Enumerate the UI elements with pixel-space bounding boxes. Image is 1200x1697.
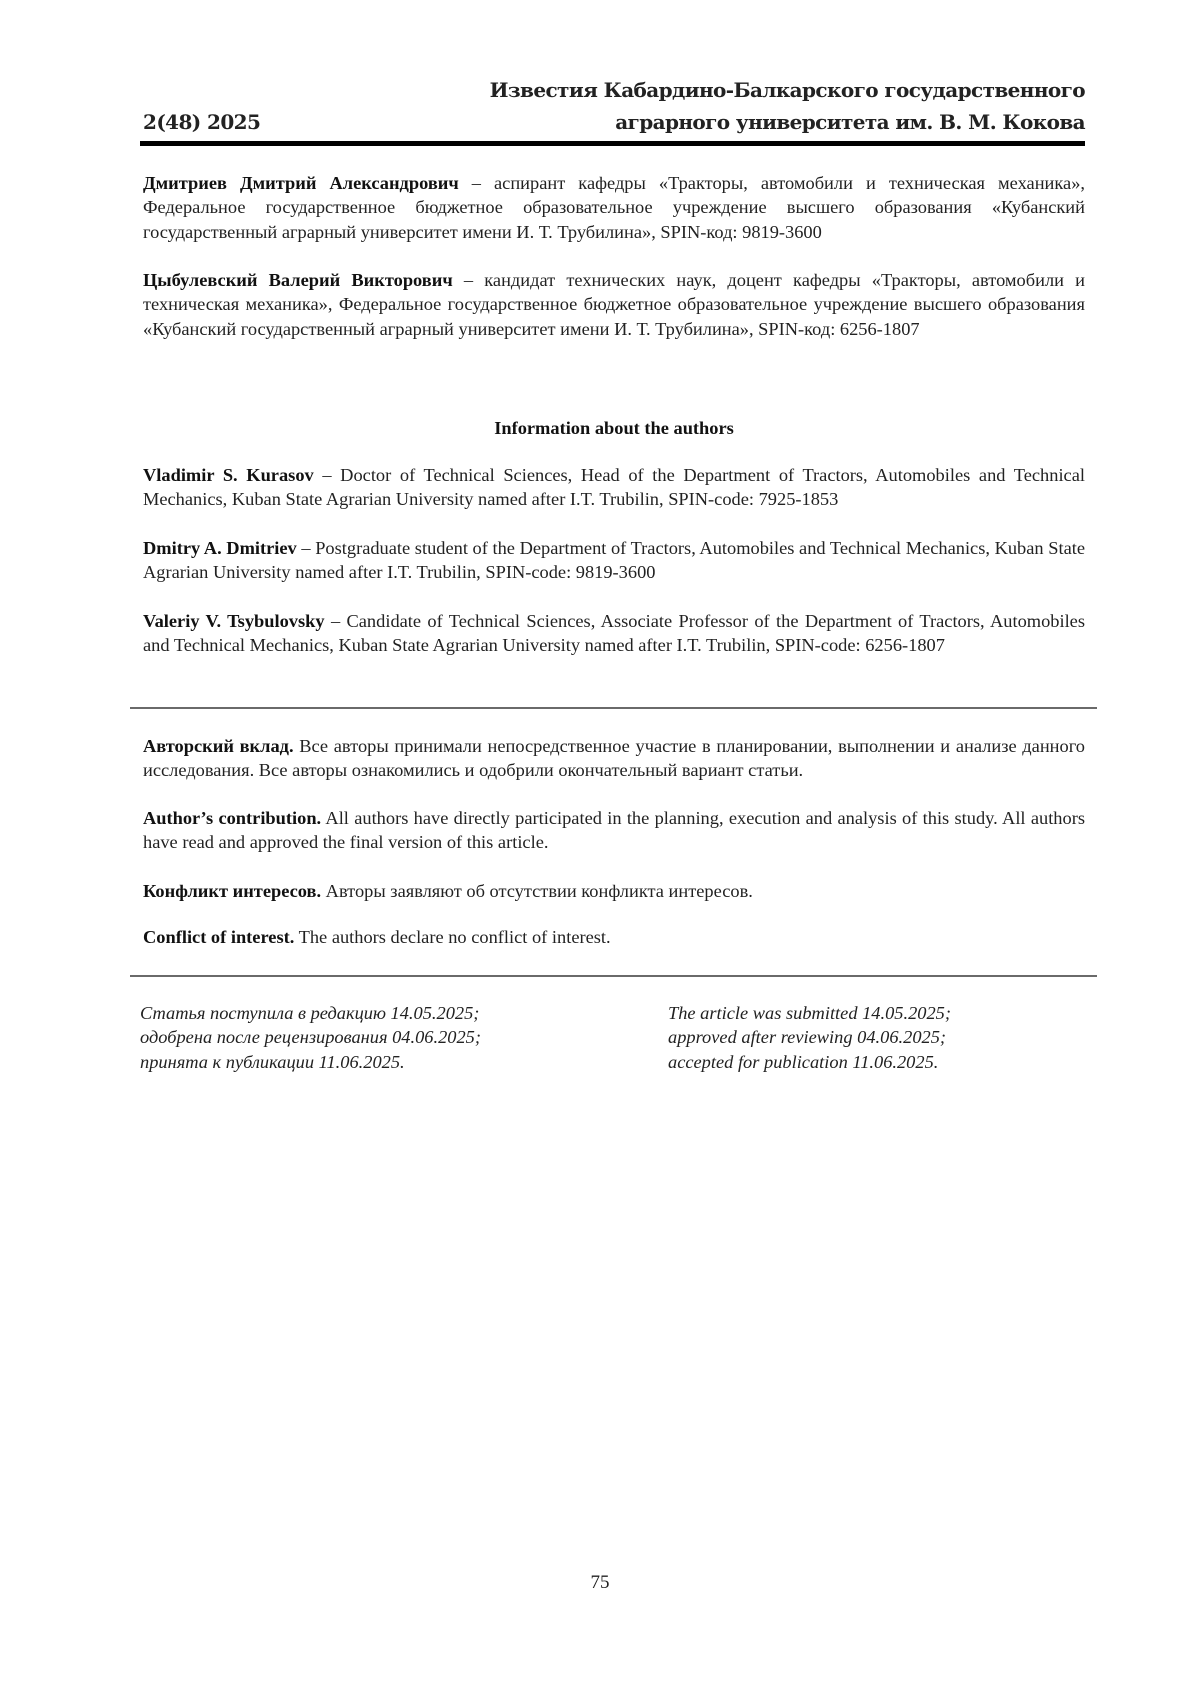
author-ru-tsybulevsky: Цыбулевский Валерий Викторович – кандида… [143,268,1085,341]
contribution-en: Author’s contribution. All authors have … [143,806,1085,855]
author-en-dmitriev: Dmitry A. Dmitriev – Postgraduate studen… [143,536,1085,585]
date-accepted-ru: принята к публикации 11.06.2025. [140,1050,481,1074]
section-divider [130,975,1097,977]
dates-ru: Статья поступила в редакцию 14.05.2025; … [140,1001,481,1074]
conflict-ru-text: Авторы заявляют об отсутствии конфликта … [321,881,753,901]
contribution-ru-label: Авторский вклад. [143,736,294,756]
date-approved-ru: одобрена после рецензирования 04.06.2025… [140,1025,481,1049]
conflict-en: Conflict of interest. The authors declar… [143,925,1085,949]
conflict-en-label: Conflict of interest. [143,927,294,947]
author-name: Dmitry A. Dmitriev [143,538,297,558]
conflict-en-text: The authors declare no conflict of inter… [294,927,610,947]
conflict-ru-label: Конфликт интересов. [143,881,321,901]
author-name: Дмитриев Дмитрий Александрович [143,173,459,193]
date-approved-en: approved after reviewing 04.06.2025; [668,1025,951,1049]
conflict-ru: Конфликт интересов. Авторы заявляют об о… [143,879,1085,903]
header-rule [140,141,1085,146]
section-title-authors-en: Information about the authors [143,416,1085,440]
author-name: Valeriy V. Tsybulovsky [143,611,325,631]
author-ru-dmitriev: Дмитриев Дмитрий Александрович – аспиран… [143,171,1085,244]
dates-en: The article was submitted 14.05.2025; ap… [668,1001,951,1074]
journal-title-line1: Известия Кабардино-Балкарского государст… [385,74,1085,106]
issue-number: 2(48) 2025 [143,106,260,138]
author-name: Vladimir S. Kurasov [143,465,314,485]
section-divider [130,707,1097,709]
page-number: 75 [0,1572,1200,1594]
journal-title: Известия Кабардино-Балкарского государст… [385,74,1085,138]
journal-title-line2: аграрного университета им. В. М. Кокова [385,106,1085,138]
date-submitted-en: The article was submitted 14.05.2025; [668,1001,951,1025]
date-accepted-en: accepted for publication 11.06.2025. [668,1050,951,1074]
contribution-en-label: Author’s contribution. [143,808,321,828]
author-en-kurasov: Vladimir S. Kurasov – Doctor of Technica… [143,463,1085,512]
date-submitted-ru: Статья поступила в редакцию 14.05.2025; [140,1001,481,1025]
author-name: Цыбулевский Валерий Викторович [143,270,453,290]
contribution-ru: Авторский вклад. Все авторы принимали не… [143,734,1085,783]
author-en-tsybulovsky: Valeriy V. Tsybulovsky – Candidate of Te… [143,609,1085,658]
